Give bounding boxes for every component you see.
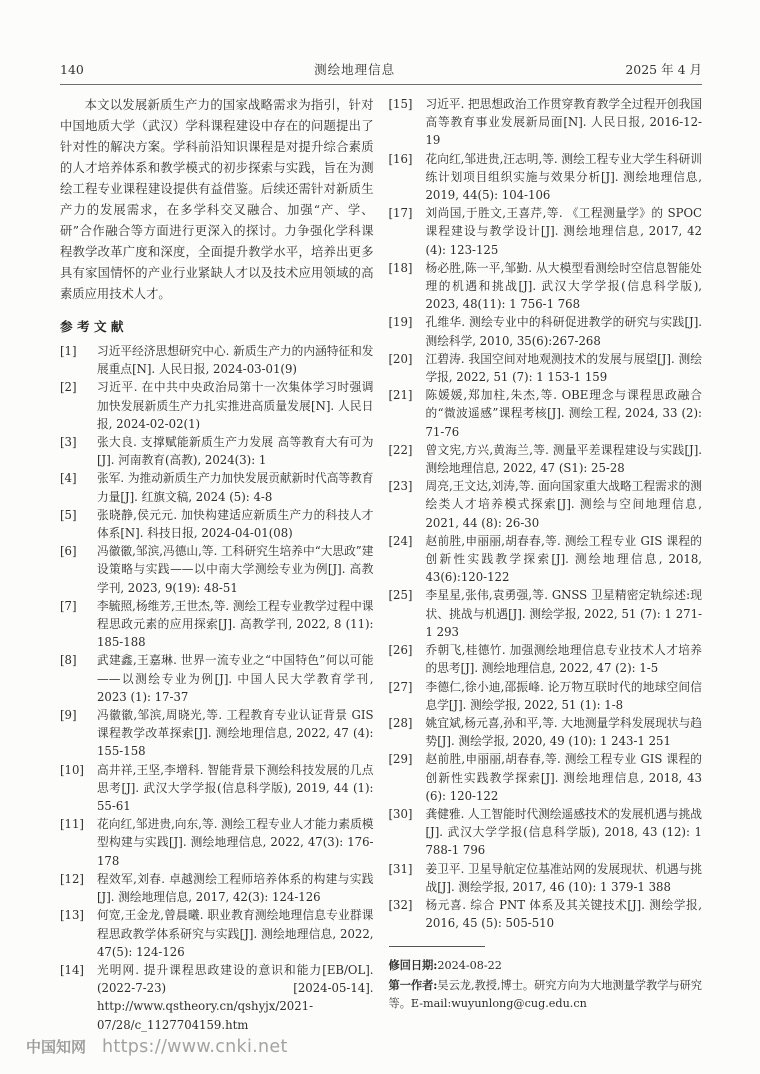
- reference-marker: [10]: [60, 761, 97, 779]
- reference-item: [27]李德仁,徐小迪,邵振峰. 论万物互联时代的地球空间信息学[J]. 测绘学…: [389, 678, 703, 714]
- reference-marker: [18]: [389, 259, 426, 277]
- reference-text: 曾文宪,方兴,黄海兰,等. 测量平差课程建设与实践[J]. 测绘地理信息, 20…: [426, 441, 703, 477]
- cnki-logo-text: 中国知网: [26, 1036, 86, 1057]
- header-divider: [60, 84, 702, 85]
- reference-text: 杨元喜. 综合 PNT 体系及其关键技术[J]. 测绘学报, 2016, 45 …: [426, 896, 703, 932]
- reference-item: [24]赵前胜,申丽丽,胡春春,等. 测绘工程专业 GIS 课程的创新性实践教学…: [389, 532, 703, 587]
- reference-item: [14]光明网. 提升课程思政建设的意识和能力[EB/OL]. (2022-7-…: [60, 961, 374, 1034]
- reference-item: [3]张大良. 支撑赋能新质生产力发展 高等教育大有可为[J]. 河南教育(高教…: [60, 433, 374, 469]
- reference-text: 程效军,刘春. 卓越测绘工程师培养体系的构建与实践[J]. 测绘地理信息, 20…: [97, 870, 374, 906]
- reference-marker: [15]: [389, 95, 426, 113]
- references-list-right: [15]习近平. 把思想政治工作贯穿教育教学全过程开创我国高等教育事业发展新局面…: [389, 95, 703, 932]
- reference-item: [26]乔朝飞,桂德竹. 加强测绘地理信息专业技术人才培养的思考[J]. 测绘地…: [389, 641, 703, 677]
- reference-marker: [17]: [389, 204, 426, 222]
- reference-item: [17]刘尚国,于胜文,王喜芹,等. 《工程测量学》的 SPOC 课程建设与教学…: [389, 204, 703, 259]
- issue-date: 2025 年 4 月: [625, 60, 702, 78]
- reference-item: [22]曾文宪,方兴,黄海兰,等. 测量平差课程建设与实践[J]. 测绘地理信息…: [389, 441, 703, 477]
- reference-item: [16]花向红,邹进贵,汪志明,等. 测绘工程专业大学生科研训练计划项目组织实施…: [389, 150, 703, 205]
- reference-item: [32]杨元喜. 综合 PNT 体系及其关键技术[J]. 测绘学报, 2016,…: [389, 896, 703, 932]
- reference-marker: [12]: [60, 870, 97, 888]
- footnote-divider: [389, 946, 485, 947]
- reference-text: 姜卫平. 卫星导航定位基准站网的发展现状、机遇与挑战[J]. 测绘学报, 201…: [426, 860, 703, 896]
- page-number: 140: [60, 62, 84, 77]
- reference-text: 习近平经济思想研究中心. 新质生产力的内涵特征和发展重点[N]. 人民日报, 2…: [97, 342, 374, 378]
- reference-item: [9]冯徽徽,邹滨,周晓光,等. 工程教育专业认证背景 GIS 课程教学改革探索…: [60, 706, 374, 761]
- reference-marker: [26]: [389, 641, 426, 659]
- reference-marker: [11]: [60, 815, 97, 833]
- reference-item: [21]陈媛媛,郑加柱,朱杰,等. OBE理念与课程思政融合的“微波遥感”课程考…: [389, 386, 703, 441]
- reference-marker: [16]: [389, 150, 426, 168]
- reference-text: 孔维华. 测绘专业中的科研促进教学的研究与实践[J]. 测绘科学, 2010, …: [426, 313, 703, 349]
- reference-item: [13]何宽,王金龙,曾晨曦. 职业教育测绘地理信息专业群课程思政教学体系研究与…: [60, 906, 374, 961]
- reference-text: 武建鑫,王嘉琳. 世界一流专业之“中国特色”何以可能——以测绘专业为例[J]. …: [97, 651, 374, 706]
- reference-text: 冯徽徽,邹滨,冯德山,等. 工科研究生培养中“大思政”建设策略与实践——以中南大…: [97, 542, 374, 597]
- first-author-label: 第一作者:: [389, 978, 438, 992]
- reference-marker: [31]: [389, 860, 426, 878]
- reference-marker: [30]: [389, 805, 426, 823]
- reference-text: 光明网. 提升课程思政建设的意识和能力[EB/OL]. (2022-7-23) …: [97, 961, 374, 1034]
- revision-date-value: 2024-08-22: [437, 959, 502, 972]
- reference-item: [8]武建鑫,王嘉琳. 世界一流专业之“中国特色”何以可能——以测绘专业为例[J…: [60, 651, 374, 706]
- reference-text: 陈媛媛,郑加柱,朱杰,等. OBE理念与课程思政融合的“微波遥感”课程考核[J]…: [426, 386, 703, 441]
- reference-marker: [23]: [389, 477, 426, 495]
- reference-marker: [27]: [389, 678, 426, 696]
- reference-item: [23]周亮,王文达,刘涛,等. 面向国家重大战略工程需求的测绘类人才培养模式探…: [389, 477, 703, 532]
- cnki-watermark: 中国知网 https://www.cnki.net: [26, 1036, 288, 1057]
- reference-item: [2]习近平. 在中共中央政治局第十一次集体学习时强调 加快发展新质生产力扎实推…: [60, 378, 374, 433]
- reference-marker: [29]: [389, 750, 426, 768]
- journal-title: 测绘地理信息: [314, 60, 395, 78]
- reference-text: 赵前胜,申丽丽,胡春春,等. 测绘工程专业 GIS 课程的创新性实践教学探索[J…: [426, 750, 703, 805]
- reference-marker: [8]: [60, 651, 97, 669]
- reference-marker: [19]: [389, 313, 426, 331]
- reference-text: 龚健雅. 人工智能时代测绘遥感技术的发展机遇与挑战[J]. 武汉大学学报(信息科…: [426, 805, 703, 860]
- reference-text: 花向红,邹进贵,向东,等. 测绘工程专业人才能力素质模型构建与实践[J]. 测绘…: [97, 815, 374, 870]
- reference-item: [29]赵前胜,申丽丽,胡春春,等. 测绘工程专业 GIS 课程的创新性实践教学…: [389, 750, 703, 805]
- reference-item: [28]姚宜斌,杨元喜,孙和平,等. 大地测量学科发展现状与趋势[J]. 测绘学…: [389, 714, 703, 750]
- reference-item: [19]孔维华. 测绘专业中的科研促进教学的研究与实践[J]. 测绘科学, 20…: [389, 313, 703, 349]
- reference-text: 习近平. 把思想政治工作贯穿教育教学全过程开创我国高等教育事业发展新局面[N].…: [426, 95, 703, 150]
- reference-item: [31]姜卫平. 卫星导航定位基准站网的发展现状、机遇与挑战[J]. 测绘学报,…: [389, 860, 703, 896]
- reference-item: [4]张军. 为推动新质生产力加快发展贡献新时代高等教育力量[J]. 红旗文稿,…: [60, 469, 374, 505]
- reference-text: 刘尚国,于胜文,王喜芹,等. 《工程测量学》的 SPOC 课程建设与教学设计[J…: [426, 204, 703, 259]
- reference-text: 习近平. 在中共中央政治局第十一次集体学习时强调 加快发展新质生产力扎实推进高质…: [97, 378, 374, 433]
- reference-text: 冯徽徽,邹滨,周晓光,等. 工程教育专业认证背景 GIS 课程教学改革探索[J]…: [97, 706, 374, 761]
- reference-text: 张军. 为推动新质生产力加快发展贡献新时代高等教育力量[J]. 红旗文稿, 20…: [97, 469, 374, 505]
- reference-item: [25]李星星,张伟,袁勇强,等. GNSS 卫星精密定轨综述:现状、挑战与机遇…: [389, 586, 703, 641]
- reference-item: [6]冯徽徽,邹滨,冯德山,等. 工科研究生培养中“大思政”建设策略与实践——以…: [60, 542, 374, 597]
- reference-item: [1]习近平经济思想研究中心. 新质生产力的内涵特征和发展重点[N]. 人民日报…: [60, 342, 374, 378]
- reference-marker: [25]: [389, 586, 426, 604]
- left-column: 本文以发展新质生产力的国家战略需求为指引，针对中国地质大学（武汉）学科课程建设中…: [60, 95, 374, 1034]
- reference-text: 姚宜斌,杨元喜,孙和平,等. 大地测量学科发展现状与趋势[J]. 测绘学报, 2…: [426, 714, 703, 750]
- reference-item: [12]程效军,刘春. 卓越测绘工程师培养体系的构建与实践[J]. 测绘地理信息…: [60, 870, 374, 906]
- reference-marker: [5]: [60, 506, 97, 524]
- reference-item: [5]张晓静,侯元元. 加快构建适应新质生产力的科技人才体系[N]. 科技日报,…: [60, 506, 374, 542]
- reference-text: 何宽,王金龙,曾晨曦. 职业教育测绘地理信息专业群课程思政教学体系研究与实践[J…: [97, 906, 374, 961]
- footnote-block: 修回日期:2024-08-22 第一作者:吴云龙,教授,博士。研究方向为大地测量…: [389, 946, 703, 1014]
- reference-marker: [24]: [389, 532, 426, 550]
- reference-marker: [2]: [60, 378, 97, 396]
- reference-item: [7]李毓照,杨维芳,王世杰,等. 测绘工程专业教学过程中课程思政元素的应用探索…: [60, 597, 374, 652]
- revision-date-label: 修回日期:: [389, 958, 438, 972]
- reference-marker: [13]: [60, 906, 97, 924]
- reference-marker: [1]: [60, 342, 97, 360]
- reference-item: [20]江碧涛. 我国空间对地观测技术的发展与展望[J]. 测绘学报, 2022…: [389, 350, 703, 386]
- cnki-url: https://www.cnki.net: [102, 1037, 288, 1057]
- reference-marker: [6]: [60, 542, 97, 560]
- reference-marker: [21]: [389, 386, 426, 404]
- reference-marker: [14]: [60, 961, 97, 979]
- references-list-left: [1]习近平经济思想研究中心. 新质生产力的内涵特征和发展重点[N]. 人民日报…: [60, 342, 374, 1034]
- reference-item: [18]杨必胜,陈一平,邹勤. 从大模型看测绘时空信息智能处理的机遇和挑战[J]…: [389, 259, 703, 314]
- first-author-line: 第一作者:吴云龙,教授,博士。研究方向为大地测量学教学与研究等。E-mail:w…: [389, 976, 703, 1014]
- references-heading: 参 考 文 献: [60, 316, 374, 335]
- reference-marker: [28]: [389, 714, 426, 732]
- reference-item: [15]习近平. 把思想政治工作贯穿教育教学全过程开创我国高等教育事业发展新局面…: [389, 95, 703, 150]
- reference-marker: [22]: [389, 441, 426, 459]
- reference-text: 周亮,王文达,刘涛,等. 面向国家重大战略工程需求的测绘类人才培养模式探索[J]…: [426, 477, 703, 532]
- reference-text: 张大良. 支撑赋能新质生产力发展 高等教育大有可为[J]. 河南教育(高教), …: [97, 433, 374, 469]
- reference-marker: [20]: [389, 350, 426, 368]
- reference-text: 张晓静,侯元元. 加快构建适应新质生产力的科技人才体系[N]. 科技日报, 20…: [97, 506, 374, 542]
- page-columns: 本文以发展新质生产力的国家战略需求为指引，针对中国地质大学（武汉）学科课程建设中…: [60, 95, 702, 1034]
- reference-text: 李德仁,徐小迪,邵振峰. 论万物互联时代的地球空间信息学[J]. 测绘学报, 2…: [426, 678, 703, 714]
- reference-marker: [3]: [60, 433, 97, 451]
- reference-item: [11]花向红,邹进贵,向东,等. 测绘工程专业人才能力素质模型构建与实践[J]…: [60, 815, 374, 870]
- reference-text: 赵前胜,申丽丽,胡春春,等. 测绘工程专业 GIS 课程的创新性实践教学探索[J…: [426, 532, 703, 587]
- reference-text: 花向红,邹进贵,汪志明,等. 测绘工程专业大学生科研训练计划项目组织实施与效果分…: [426, 150, 703, 205]
- reference-text: 杨必胜,陈一平,邹勤. 从大模型看测绘时空信息智能处理的机遇和挑战[J]. 武汉…: [426, 259, 703, 314]
- revision-date-line: 修回日期:2024-08-22: [389, 956, 703, 976]
- running-head: 140 测绘地理信息 2025 年 4 月: [60, 60, 702, 78]
- journal-page: 140 测绘地理信息 2025 年 4 月 本文以发展新质生产力的国家战略需求为…: [0, 0, 760, 1074]
- reference-text: 乔朝飞,桂德竹. 加强测绘地理信息专业技术人才培养的思考[J]. 测绘地理信息,…: [426, 641, 703, 677]
- reference-marker: [7]: [60, 597, 97, 615]
- reference-marker: [9]: [60, 706, 97, 724]
- reference-text: 李星星,张伟,袁勇强,等. GNSS 卫星精密定轨综述:现状、挑战与机遇[J].…: [426, 586, 703, 641]
- reference-marker: [4]: [60, 469, 97, 487]
- reference-text: 李毓照,杨维芳,王世杰,等. 测绘工程专业教学过程中课程思政元素的应用探索[J]…: [97, 597, 374, 652]
- reference-marker: [32]: [389, 896, 426, 914]
- right-column: [15]习近平. 把思想政治工作贯穿教育教学全过程开创我国高等教育事业发展新局面…: [389, 95, 703, 1034]
- conclusion-paragraph: 本文以发展新质生产力的国家战略需求为指引，针对中国地质大学（武汉）学科课程建设中…: [60, 95, 374, 305]
- reference-text: 高井祥,王坚,李增科. 智能背景下测绘科技发展的几点思考[J]. 武汉大学学报(…: [97, 761, 374, 816]
- reference-text: 江碧涛. 我国空间对地观测技术的发展与展望[J]. 测绘学报, 2022, 51…: [426, 350, 703, 386]
- reference-item: [10]高井祥,王坚,李增科. 智能背景下测绘科技发展的几点思考[J]. 武汉大…: [60, 761, 374, 816]
- reference-item: [30]龚健雅. 人工智能时代测绘遥感技术的发展机遇与挑战[J]. 武汉大学学报…: [389, 805, 703, 860]
